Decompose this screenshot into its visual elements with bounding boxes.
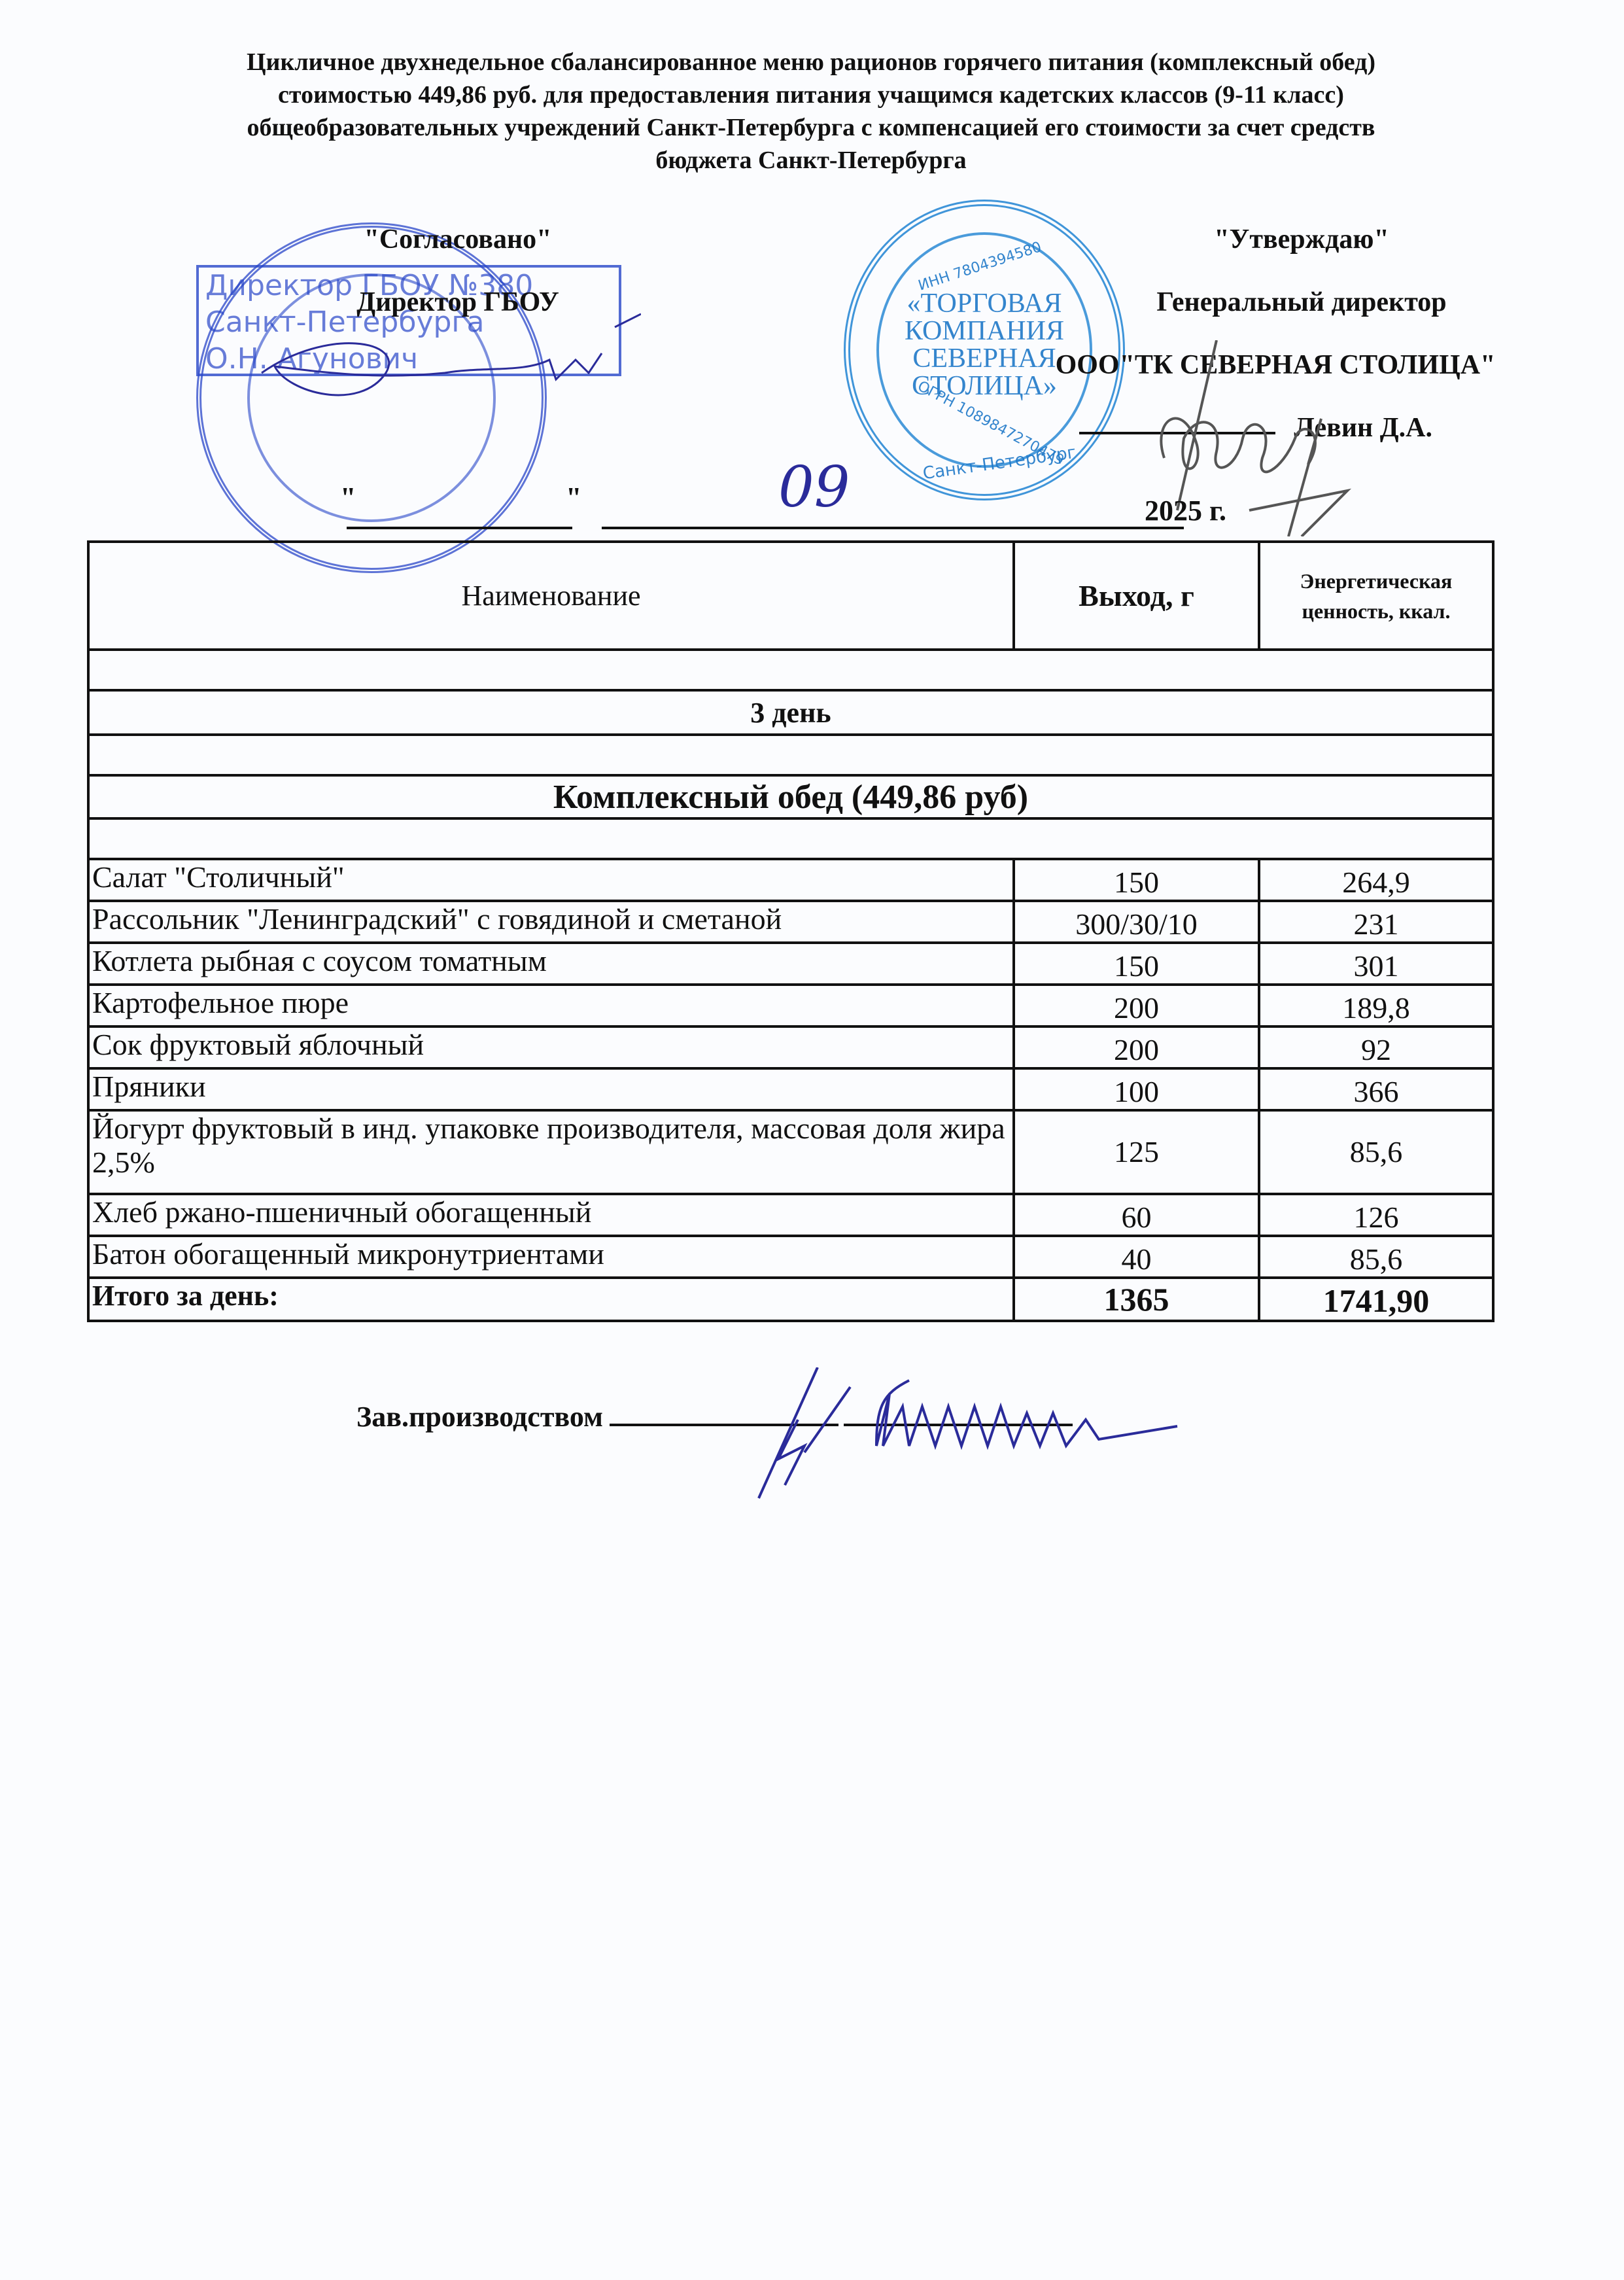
table-row: Пряники100366 [88, 1068, 1493, 1110]
header-energy: Энергетическая ценность, ккал. [1259, 542, 1493, 650]
approve-position: Генеральный директор [1073, 271, 1530, 334]
item-name: Салат "Столичный" [88, 859, 1014, 901]
total-row: Итого за день: 1365 1741,90 [88, 1278, 1493, 1321]
item-name: Хлеб ржано-пшеничный обогащенный [88, 1194, 1014, 1236]
stamp-city: Санкт-Петербург [922, 443, 1077, 484]
item-output: 200 [1014, 1026, 1259, 1068]
item-output: 150 [1014, 859, 1259, 901]
item-output: 200 [1014, 985, 1259, 1026]
table-row: Картофельное пюре200189,8 [88, 985, 1493, 1026]
agreed-position: Директор ГБОУ [275, 271, 641, 334]
day-label: 3 день [88, 690, 1493, 735]
production-manager-signoff: Зав.производством [356, 1400, 1073, 1433]
month-blank [602, 527, 994, 529]
date-close-quote: " [566, 481, 581, 514]
item-output: 60 [1014, 1194, 1259, 1236]
date-open-quote: " [340, 481, 356, 514]
approve-organization: ООО"ТК СЕВЕРНАЯ СТОЛИЦА" [1020, 334, 1530, 396]
spacer-row [88, 735, 1493, 775]
item-output: 150 [1014, 943, 1259, 985]
table-row: Котлета рыбная с соусом томатным150301 [88, 943, 1493, 985]
table-row: Батон обогащенный микронутриентами4085,6 [88, 1236, 1493, 1278]
total-label: Итого за день: [88, 1278, 1014, 1321]
item-output: 100 [1014, 1068, 1259, 1110]
director-signature-line [1079, 432, 1275, 434]
table-row: Йогурт фруктовый в инд. упаковке произво… [88, 1110, 1493, 1194]
table-row: Сок фруктовый яблочный20092 [88, 1026, 1493, 1068]
table-row: Рассольник "Ленинградский" с говядиной и… [88, 901, 1493, 943]
spacer-row [88, 818, 1493, 859]
approve-signer: Левин Д.А. [1073, 396, 1530, 459]
menu-table: Наименование Выход, г Энергетическая цен… [87, 540, 1494, 1322]
header-name: Наименование [88, 542, 1014, 650]
stamp-line-3: О.Н. Агунович [205, 341, 619, 376]
item-energy: 126 [1259, 1194, 1493, 1236]
item-name: Сок фруктовый яблочный [88, 1026, 1014, 1068]
item-name: Пряники [88, 1068, 1014, 1110]
item-name: Картофельное пюре [88, 985, 1014, 1026]
stamp-inn: ИНН 7804394580 [916, 239, 1044, 294]
agreed-heading: "Согласовано" [275, 208, 641, 271]
item-output: 125 [1014, 1110, 1259, 1194]
item-energy: 85,6 [1259, 1236, 1493, 1278]
title-line-4: бюджета Санкт-Петербурга [98, 144, 1524, 177]
signature-line-2 [844, 1424, 1073, 1426]
table-header-row: Наименование Выход, г Энергетическая цен… [88, 542, 1493, 650]
day-row: 3 день [88, 690, 1493, 735]
meal-row: Комплексный обед (449,86 руб) [88, 775, 1493, 818]
item-energy: 366 [1259, 1068, 1493, 1110]
signature-line-1 [610, 1424, 838, 1426]
item-name: Рассольник "Ленинградский" с говядиной и… [88, 901, 1014, 943]
approve-heading: "Утверждаю" [1073, 208, 1530, 271]
item-energy: 231 [1259, 901, 1493, 943]
item-output: 300/30/10 [1014, 901, 1259, 943]
header-output: Выход, г [1014, 542, 1259, 650]
approval-left-block: "Согласовано" Директор ГБОУ [275, 208, 641, 334]
table-row: Хлеб ржано-пшеничный обогащенный60126 [88, 1194, 1493, 1236]
title-line-2: стоимостью 449,86 руб. для предоставлени… [98, 79, 1524, 111]
total-output: 1365 [1014, 1278, 1259, 1321]
spacer-row [88, 650, 1493, 690]
item-energy: 264,9 [1259, 859, 1493, 901]
month-handwritten: 09 [778, 455, 850, 520]
date-year: 2025 г. [1145, 494, 1226, 527]
item-energy: 92 [1259, 1026, 1493, 1068]
item-energy: 85,6 [1259, 1110, 1493, 1194]
approval-right-block: "Утверждаю" Генеральный директор ООО"ТК … [1073, 208, 1530, 459]
document-title: Цикличное двухнедельное сбалансированное… [98, 46, 1524, 177]
item-energy: 189,8 [1259, 985, 1493, 1026]
title-line-1: Цикличное двухнедельное сбалансированное… [98, 46, 1524, 79]
item-name: Батон обогащенный микронутриентами [88, 1236, 1014, 1278]
item-output: 40 [1014, 1236, 1259, 1278]
title-line-3: общеобразовательных учреждений Санкт-Пет… [98, 111, 1524, 144]
menu-items: Салат "Столичный"150264,9Рассольник "Лен… [88, 859, 1493, 1278]
production-manager-signature [719, 1367, 1373, 1524]
table-row: Салат "Столичный"150264,9 [88, 859, 1493, 901]
item-name: Йогурт фруктовый в инд. упаковке произво… [88, 1110, 1014, 1194]
item-name: Котлета рыбная с соусом томатным [88, 943, 1014, 985]
item-energy: 301 [1259, 943, 1493, 985]
day-blank [347, 527, 572, 529]
meal-label: Комплексный обед (449,86 руб) [88, 775, 1493, 818]
approval-date: " " 09 2025 г. [327, 481, 1308, 533]
production-manager-label: Зав.производством [356, 1401, 603, 1433]
total-energy: 1741,90 [1259, 1278, 1493, 1321]
